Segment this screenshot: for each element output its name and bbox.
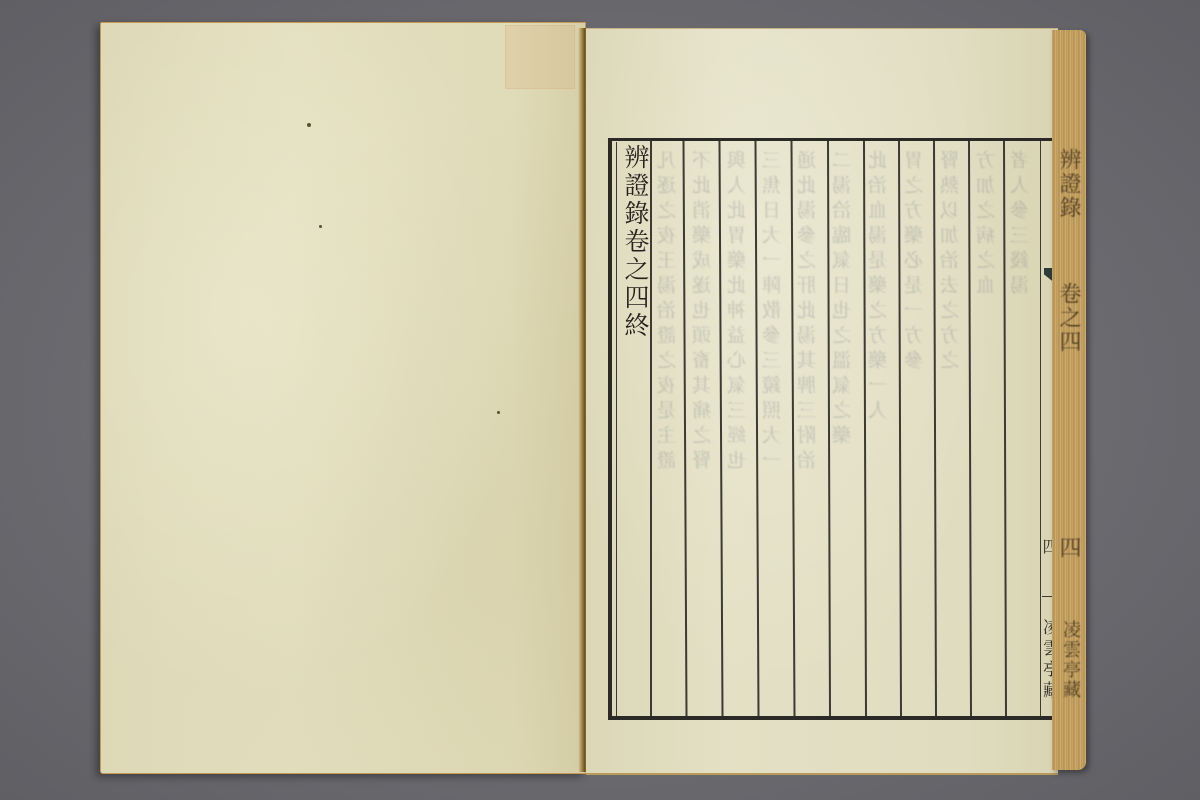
left-page-blank — [100, 22, 586, 774]
paper-speck — [307, 123, 311, 127]
column-rule — [650, 141, 652, 716]
printed-border-frame — [608, 138, 1056, 720]
paper-speck — [319, 225, 322, 228]
fore-edge-volume: 卷之四 — [1054, 282, 1082, 354]
frame-inner-line — [616, 142, 617, 716]
volume-end-title: 辨證錄卷之四終 — [620, 140, 650, 340]
paper-speck — [497, 411, 500, 414]
fore-edge-title: 辨證錄 — [1054, 148, 1082, 220]
fore-edge-publisher: 凌雲亭藏 — [1054, 620, 1082, 700]
faint-seal-bleedthrough — [505, 25, 575, 89]
fore-edge-folio: 四 — [1054, 536, 1082, 560]
